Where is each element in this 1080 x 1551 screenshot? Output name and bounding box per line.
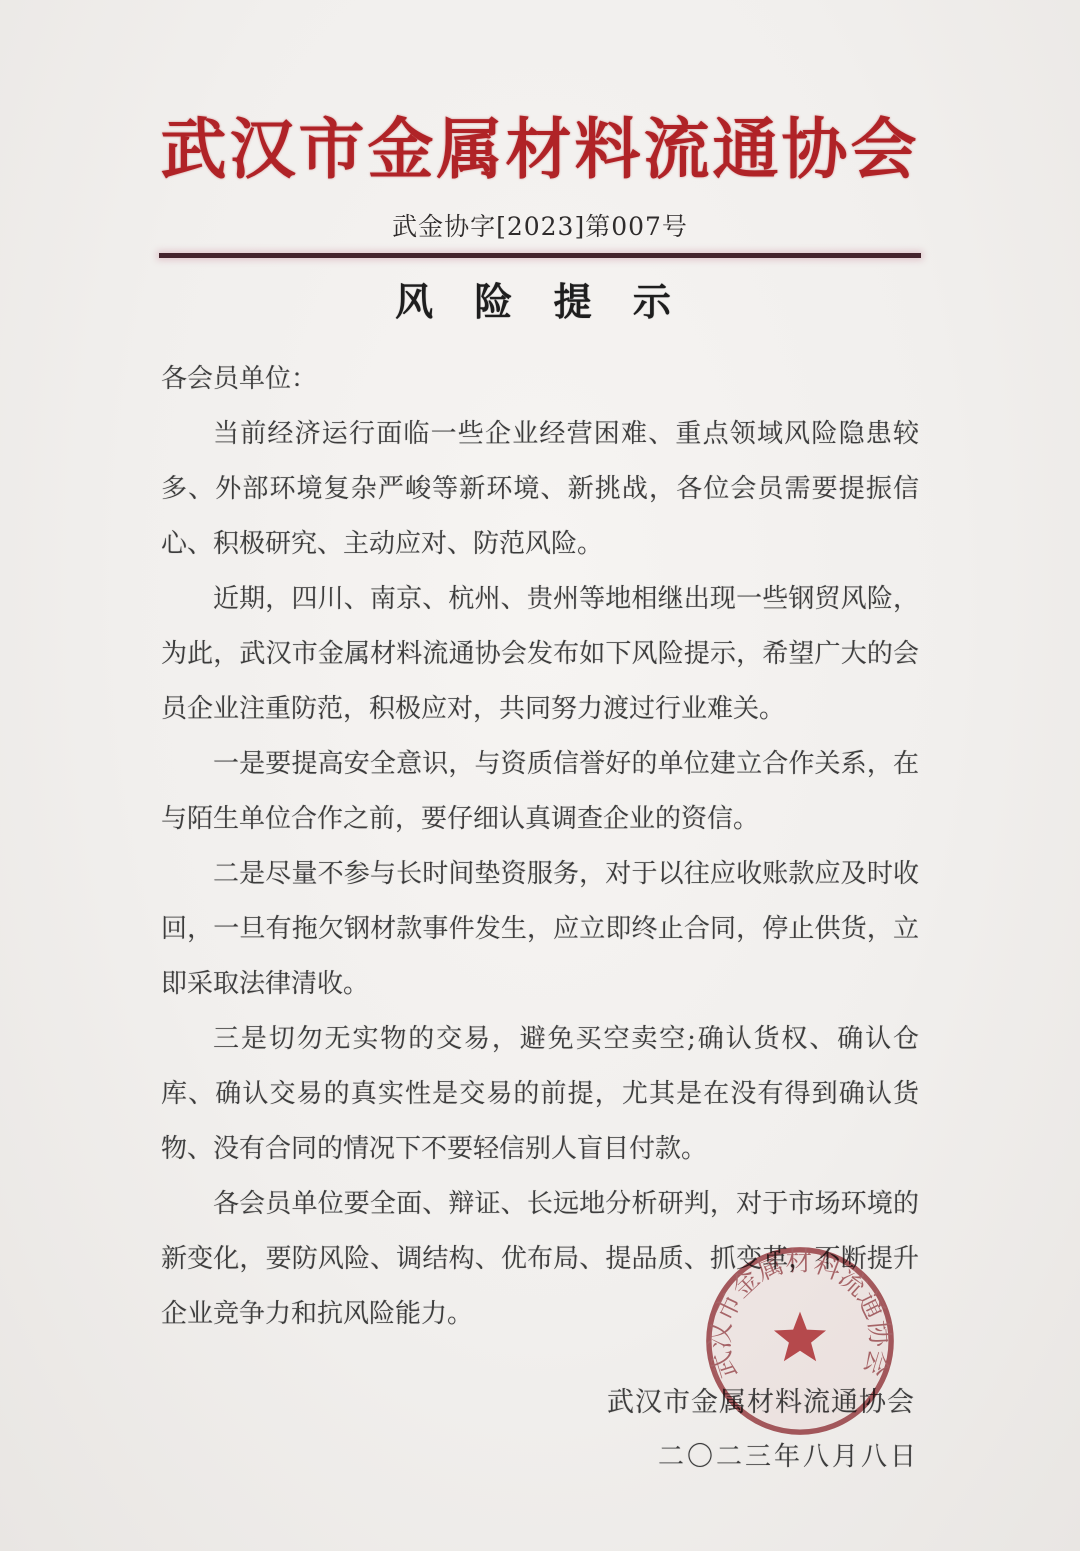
doc-number: 武金协字[2023]第007号 <box>0 207 1080 243</box>
notice-title: 风 险 提 示 <box>0 271 1080 326</box>
salutation: 各会员单位： <box>161 352 919 407</box>
paragraph: 二是尽量不参与长时间垫资服务，对于以往应收账款应及时收回，一旦有拖欠钢材款事件发… <box>161 847 919 1012</box>
paragraph: 当前经济运行面临一些企业经营困难、重点领域风险隐患较多、外部环境复杂严峻等新环境… <box>161 407 919 572</box>
signature-name: 武汉市金属材料流通协会 <box>161 1376 919 1430</box>
paragraph: 各会员单位要全面、辩证、长远地分析研判，对于市场环境的新变化，要防风险、调结构、… <box>161 1177 919 1342</box>
signature-block: 武汉市金属材料流通协会 二〇二三年八月八日 <box>161 1376 919 1484</box>
association-name: 武汉市金属材料流通协会 <box>0 96 1080 191</box>
header-rule <box>159 253 921 258</box>
paragraph: 近期，四川、南京、杭州、贵州等地相继出现一些钢贸风险，为此，武汉市金属材料流通协… <box>161 572 919 737</box>
signature-date: 二〇二三年八月八日 <box>161 1430 919 1484</box>
document-page: 武汉市金属材料流通协会 武金协字[2023]第007号 风 险 提 示 各会员单… <box>0 0 1080 1551</box>
paragraph: 一是要提高安全意识，与资质信誉好的单位建立合作关系，在与陌生单位合作之前，要仔细… <box>161 737 919 847</box>
paragraph: 三是切勿无实物的交易，避免买空卖空;确认货权、确认仓库、确认交易的真实性是交易的… <box>161 1012 919 1177</box>
document-body: 各会员单位： 当前经济运行面临一些企业经营困难、重点领域风险隐患较多、外部环境复… <box>161 352 919 1342</box>
